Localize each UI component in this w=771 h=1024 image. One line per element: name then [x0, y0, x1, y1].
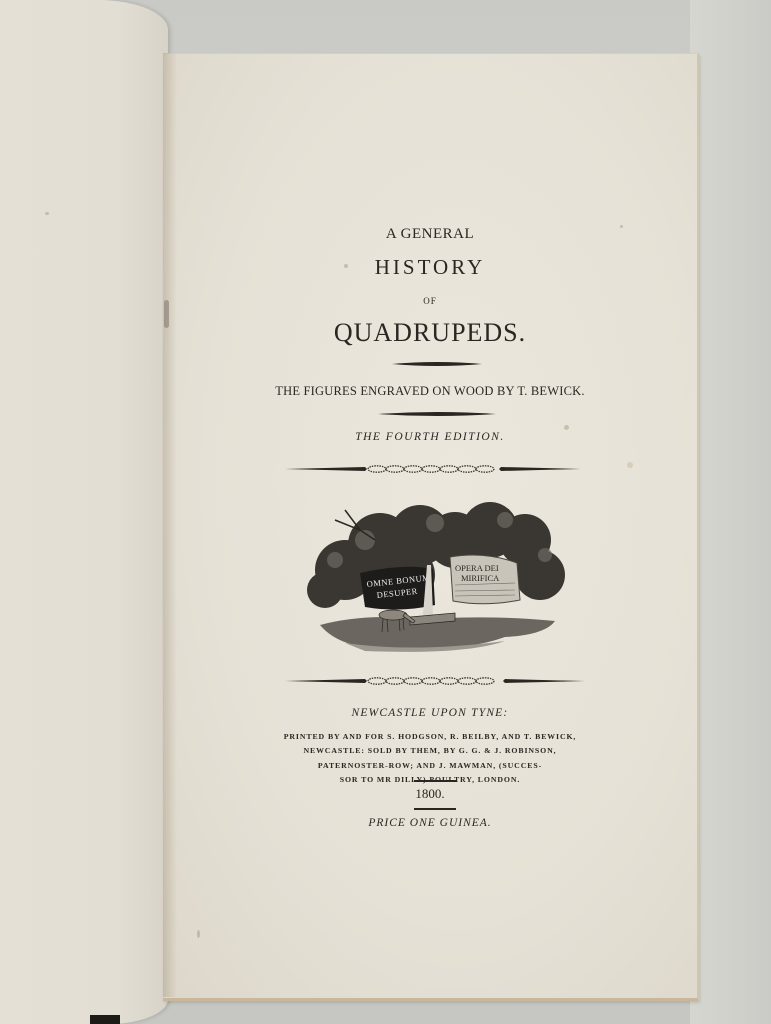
background-surface	[690, 0, 771, 1024]
imprint-printer-block: PRINTED BY AND FOR S. HODGSON, R. BEILBY…	[163, 730, 697, 787]
title-line-quadrupeds: QUADRUPEDS.	[163, 318, 697, 348]
inscription-right-line2: MIRIFICA	[461, 573, 500, 583]
foxing-spot	[45, 212, 49, 215]
ornamental-chain-rule	[285, 676, 585, 686]
title-line-history: HISTORY	[163, 255, 697, 280]
publication-year: 1800.	[163, 786, 697, 802]
engraver-credit: THE FIGURES ENGRAVED ON WOOD BY T. BEWIC…	[163, 384, 697, 399]
title-line-general: A GENERAL	[163, 226, 697, 243]
short-rule	[414, 780, 456, 782]
title-line-of: OF	[163, 296, 697, 306]
short-rule	[414, 808, 456, 810]
price-label: PRICE ONE GUINEA.	[163, 817, 697, 829]
foxing-spot	[564, 425, 569, 430]
imprint-line: NEWCASTLE: SOLD BY THEM, BY G. G. & J. R…	[163, 744, 697, 758]
wood-engraving-vignette: OMNE BONUM DESUPER OPERA DEI MIRIFICA	[305, 495, 570, 660]
edition-label: THE FOURTH EDITION.	[163, 431, 697, 443]
tapered-rule	[392, 360, 482, 368]
book-cover-edge	[90, 1015, 120, 1024]
gutter-shadow	[163, 53, 177, 997]
imprint-line: PATERNOSTER-ROW; AND J. MAWMAN, (SUCCES-	[163, 759, 697, 773]
ornamental-chain-rule	[285, 464, 581, 474]
tapered-rule	[378, 410, 496, 418]
imprint-line: PRINTED BY AND FOR S. HODGSON, R. BEILBY…	[163, 730, 697, 744]
left-page	[0, 0, 168, 1024]
foxing-spot	[627, 462, 633, 468]
imprint-place: NEWCASTLE UPON TYNE:	[163, 707, 697, 719]
foxing-spot	[197, 930, 200, 938]
inscription-right-line1: OPERA DEI	[455, 563, 499, 573]
